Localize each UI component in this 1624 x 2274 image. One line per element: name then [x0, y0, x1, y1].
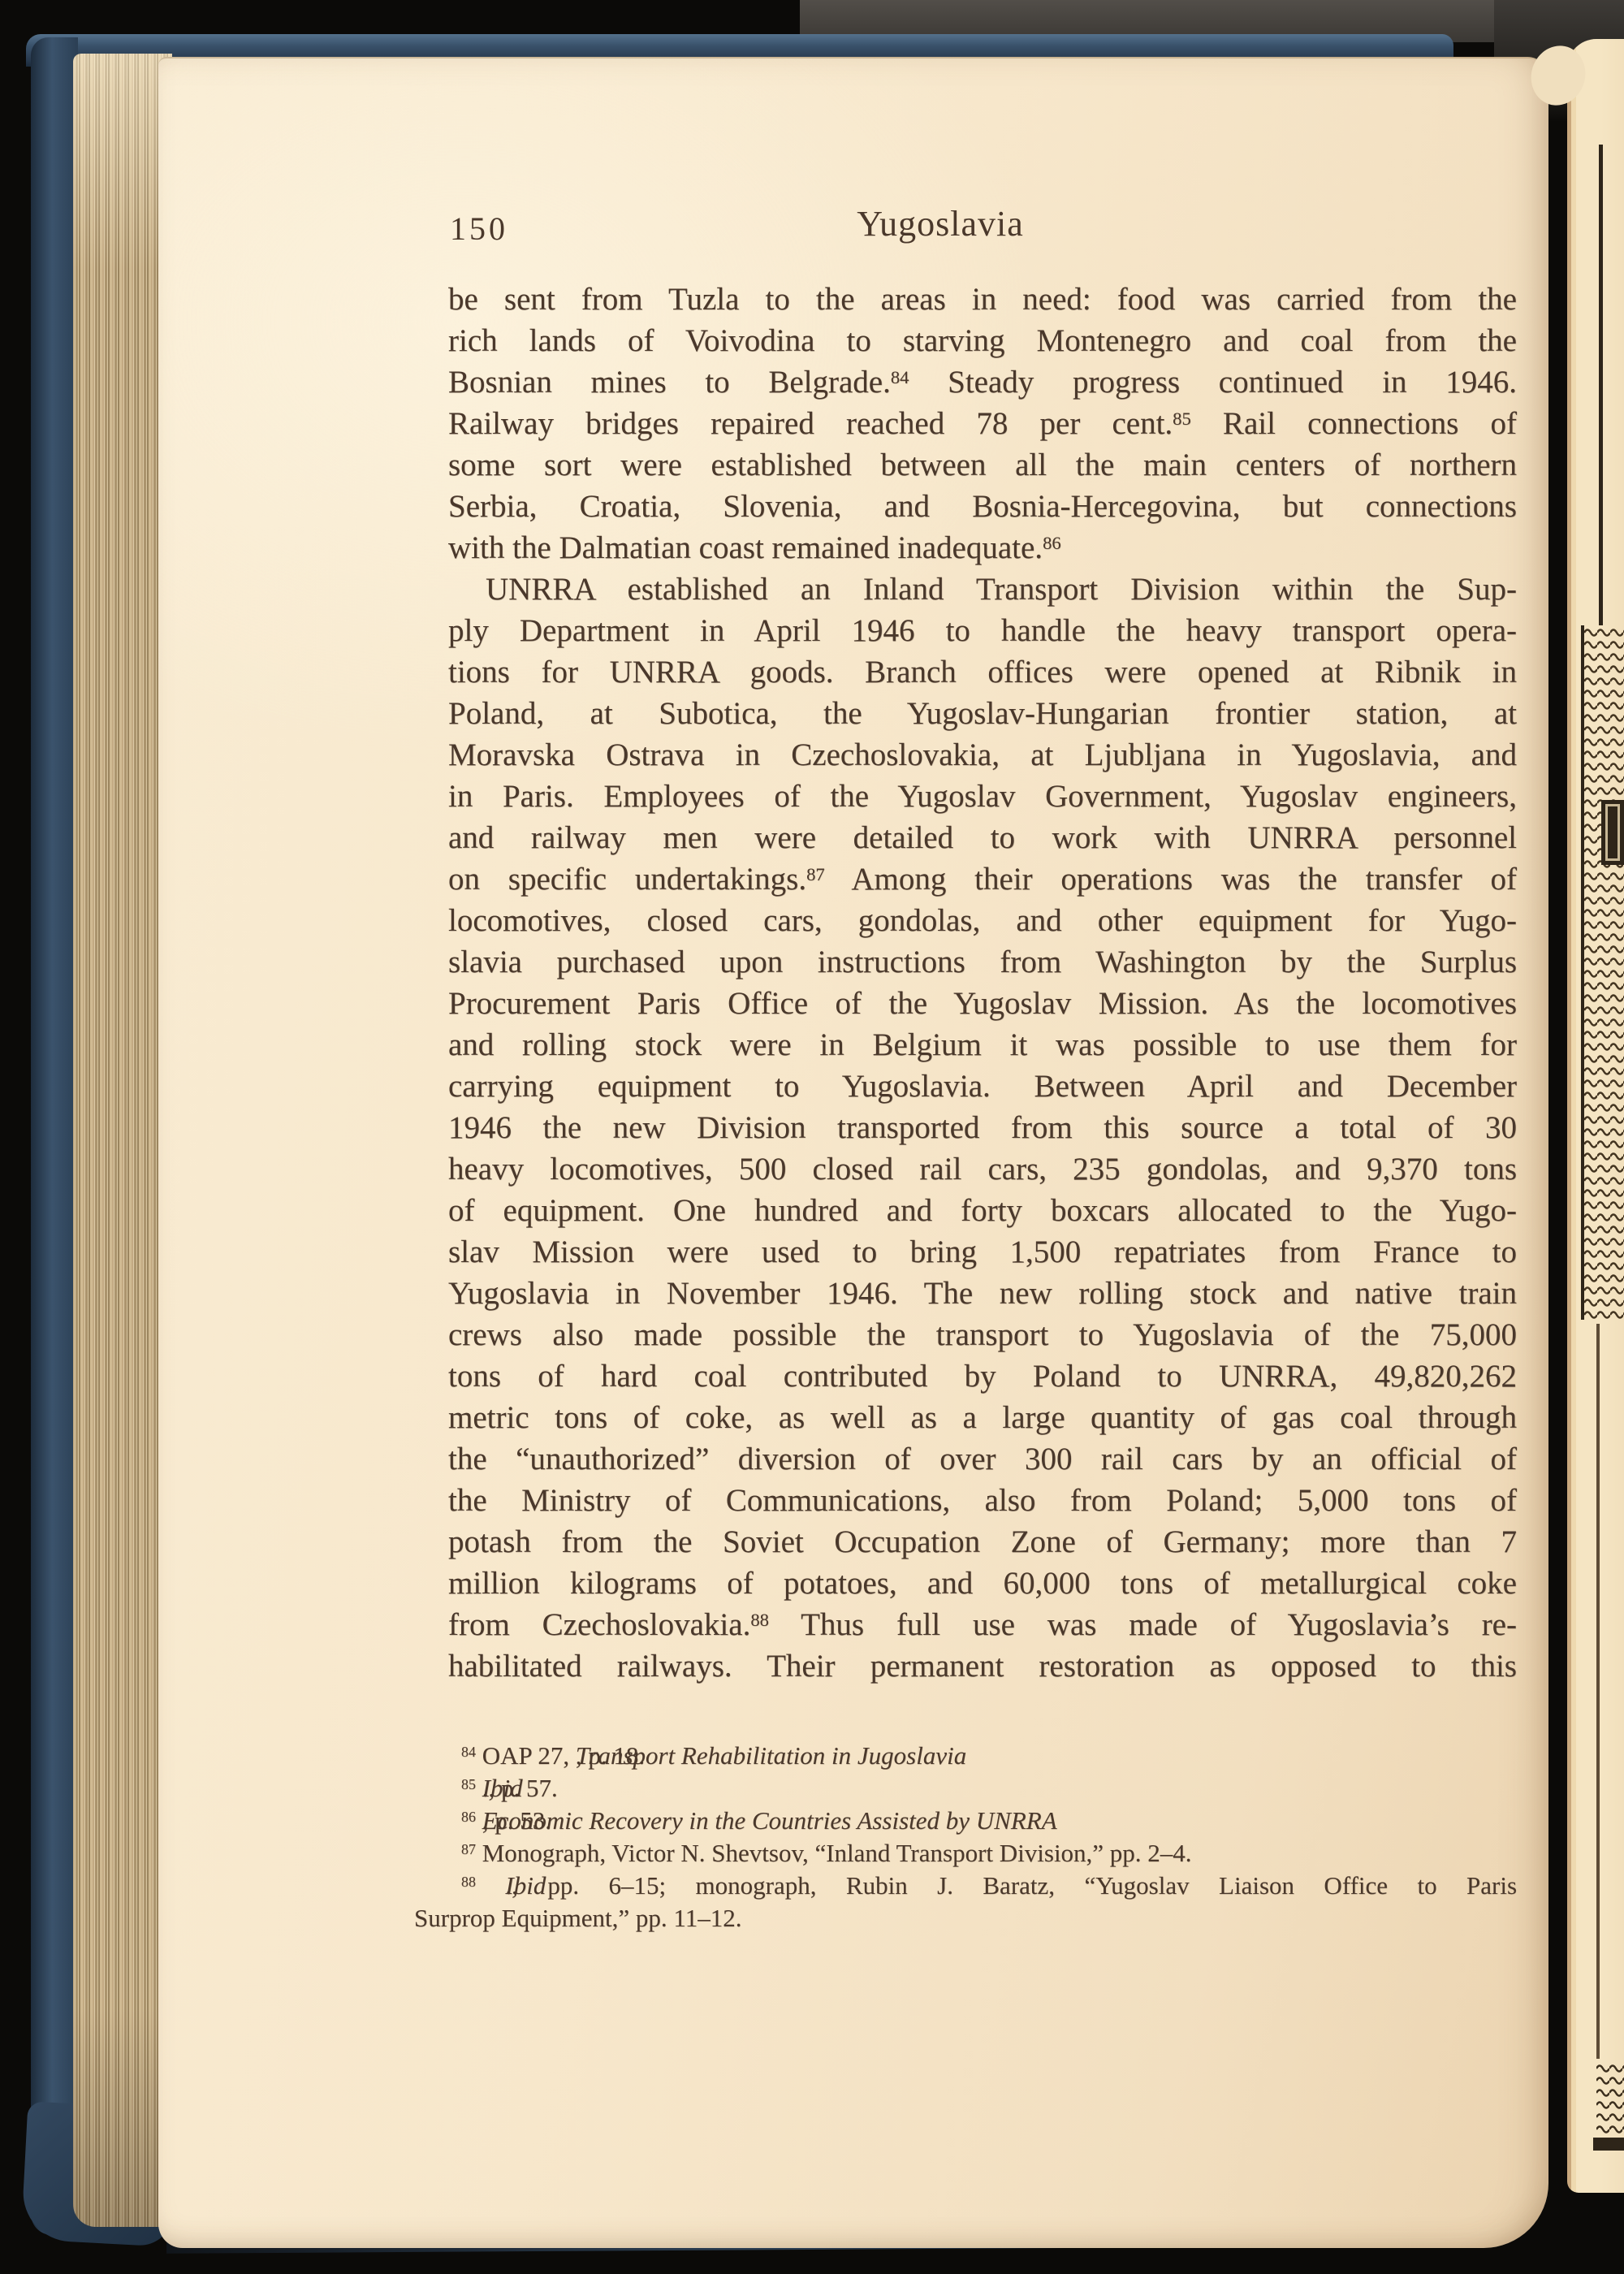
body-line: carrying equipment to Yugoslavia. Betwee…: [448, 1066, 1517, 1107]
body-line: the “unauthorized” diversion of over 300…: [448, 1438, 1517, 1480]
map-border-line: [1599, 145, 1603, 625]
text-segment: Ibid: [505, 1870, 546, 1902]
body-line: Moravska Ostrava in Czechoslovakia, at L…: [448, 734, 1517, 776]
text-segment: Ibid: [482, 1772, 523, 1805]
body-text: be sent from Tuzla to the areas in need:…: [448, 279, 1517, 1687]
body-line: of equipment. One hundred and forty boxc…: [448, 1190, 1517, 1231]
footnote-ref: 84: [891, 367, 909, 387]
body-line: Poland, at Subotica, the Yugoslav-Hungar…: [448, 693, 1517, 734]
footnote-line: 84 OAP 27, Transport Rehabilitation in J…: [414, 1740, 1517, 1772]
map-border-line-lower: [1596, 1324, 1600, 2059]
map-water-waves-svg: [1596, 2061, 1624, 2139]
paragraph-2: UNRRA established an Inland Transport Di…: [448, 568, 1517, 1687]
body-line: Bosnian mines to Belgrade.84 Steady prog…: [448, 361, 1517, 403]
text-segment: Economic Recovery in the Countries Assis…: [482, 1805, 1057, 1837]
body-line: slavia purchased upon instructions from …: [448, 941, 1517, 983]
body-line: 1946 the new Division transported from t…: [448, 1107, 1517, 1148]
book-page: 150 Yugoslavia be sent from Tuzla to the…: [158, 57, 1548, 2248]
body-line: Railway bridges repaired reached 78 per …: [448, 403, 1517, 444]
body-line: on specific undertakings.87 Among their …: [448, 858, 1517, 900]
footnote-line: Surprop Equipment,” pp. 11–12.: [414, 1902, 1517, 1935]
body-line: Serbia, Croatia, Slovenia, and Bosnia-He…: [448, 486, 1517, 527]
footnote-ref: 87: [461, 1841, 476, 1857]
footnote-line: 87 Monograph, Victor N. Shevtsov, “Inlan…: [414, 1837, 1517, 1870]
footnotes: 84 OAP 27, Transport Rehabilitation in J…: [414, 1740, 1517, 1935]
body-line: locomotives, closed cars, gondolas, and …: [448, 900, 1517, 941]
body-line: and rolling stock were in Belgium it was…: [448, 1024, 1517, 1066]
footnote-ref: 88: [461, 1874, 476, 1890]
body-line: in Paris. Employees of the Yugoslav Gove…: [448, 776, 1517, 817]
body-line: slav Mission were used to bring 1,500 re…: [448, 1231, 1517, 1273]
body-line: tions for UNRRA goods. Branch offices we…: [448, 651, 1517, 693]
body-line: habilitated railways. Their permanent re…: [448, 1645, 1517, 1687]
footnote-ref: 84: [461, 1744, 476, 1760]
body-line: be sent from Tuzla to the areas in need:…: [448, 279, 1517, 320]
footnote-line: 86 Economic Recovery in the Countries As…: [414, 1805, 1517, 1837]
body-line: ply Department in April 1946 to handle t…: [448, 610, 1517, 651]
body-line: and railway men were detailed to work wi…: [448, 817, 1517, 858]
paragraph-1: be sent from Tuzla to the areas in need:…: [448, 279, 1517, 568]
body-line: UNRRA established an Inland Transport Di…: [448, 568, 1517, 610]
body-line: the Ministry of Communications, also fro…: [448, 1480, 1517, 1521]
map-water-pattern: [1581, 625, 1624, 1320]
footnote-ref: 86: [1043, 533, 1061, 553]
map-legend-box: [1601, 800, 1624, 865]
body-line: crews also made possible the transport t…: [448, 1314, 1517, 1355]
map-water-pattern-bottom: [1596, 2061, 1624, 2139]
body-line: with the Dalmatian coast remained inadeq…: [448, 527, 1517, 568]
page-edges-stack: [73, 54, 172, 2227]
body-line: Procurement Paris Office of the Yugoslav…: [448, 983, 1517, 1024]
map-water-waves-svg: [1584, 625, 1624, 1320]
body-line: Yugoslavia in November 1946. The new rol…: [448, 1273, 1517, 1314]
footnote-ref: 87: [806, 864, 825, 884]
body-line: million kilograms of potatoes, and 60,00…: [448, 1563, 1517, 1604]
body-line: some sort were established between all t…: [448, 444, 1517, 486]
running-title: Yugoslavia: [406, 203, 1475, 244]
body-line: rich lands of Voivodina to starving Mont…: [448, 320, 1517, 361]
body-line: tons of hard coal contributed by Poland …: [448, 1355, 1517, 1397]
book-cover-spine: [31, 37, 78, 2235]
footnote-ref: 86: [461, 1809, 476, 1825]
page-header: 150 Yugoslavia: [448, 203, 1517, 252]
text-segment: Transport Rehabilitation in Jugoslavia: [576, 1740, 966, 1772]
book-photo: 150 Yugoslavia be sent from Tuzla to the…: [0, 0, 1624, 2274]
footnote-ref: 88: [750, 1610, 769, 1630]
footnote-ref: 85: [461, 1776, 476, 1792]
map-border-bottom-bar: [1593, 2138, 1624, 2151]
body-line: metric tons of coke, as well as a large …: [448, 1397, 1517, 1438]
body-line: potash from the Soviet Occupation Zone o…: [448, 1521, 1517, 1563]
body-line: heavy locomotives, 500 closed rail cars,…: [448, 1148, 1517, 1190]
footnote-line: 85 Ibid., p. 57.: [414, 1772, 1517, 1805]
body-line: from Czechoslovakia.88 Thus full use was…: [448, 1604, 1517, 1645]
footnote-line: 88 Ibid., pp. 6–15; monograph, Rubin J. …: [414, 1870, 1517, 1902]
footnote-ref: 85: [1173, 409, 1191, 429]
